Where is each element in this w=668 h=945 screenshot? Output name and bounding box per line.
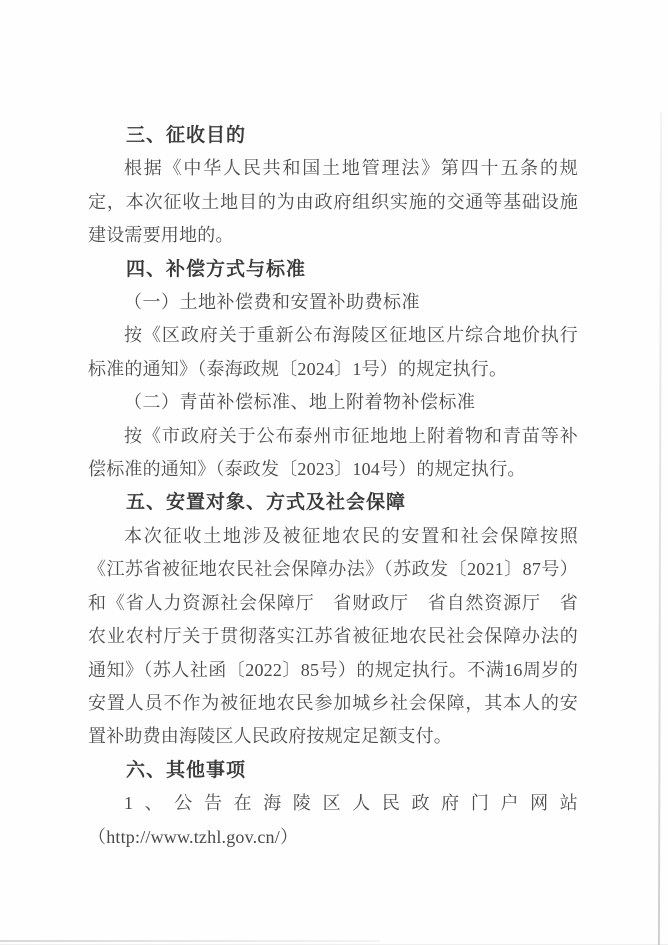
subheading-land-compensation: （一）土地补偿费和安置补助费标准 xyxy=(88,286,578,319)
subheading-crops-compensation: （二）青苗补偿标准、地上附着物补偿标准 xyxy=(88,386,578,419)
section-heading-6-other: 六、其他事项 xyxy=(88,754,578,787)
paragraph-announcement-website: 1、公告在海陵区人民政府门户网站（http://www.tzhl.gov.cn/… xyxy=(88,787,578,854)
scan-edge-right-artifact xyxy=(658,112,662,945)
section-heading-3-purpose: 三、征收目的 xyxy=(88,119,578,152)
paragraph-purpose: 根据《中华人民共和国土地管理法》第四十五条的规定，本次征收土地目的为由政府组织实… xyxy=(88,152,578,252)
section-heading-5-resettlement: 五、安置对象、方式及社会保障 xyxy=(88,486,578,519)
paragraph-crops-compensation: 按《市政府关于公布泰州市征地地上附着物和青苗等补偿标准的通知》（泰政发〔2023… xyxy=(88,420,578,487)
document-content: 三、征收目的 根据《中华人民共和国土地管理法》第四十五条的规定，本次征收土地目的… xyxy=(88,119,578,854)
paragraph-land-compensation: 按《区政府关于重新公布海陵区征地区片综合地价执行标准的通知》（泰海政规〔2024… xyxy=(88,319,578,386)
paragraph-resettlement: 本次征收土地涉及被征地农民的安置和社会保障按照《江苏省被征地农民社会保障办法》（… xyxy=(88,520,578,754)
scan-edge-bottom-artifact xyxy=(0,940,380,942)
section-heading-4-compensation: 四、补偿方式与标准 xyxy=(88,253,578,286)
scanned-document-page: 三、征收目的 根据《中华人民共和国土地管理法》第四十五条的规定，本次征收土地目的… xyxy=(0,0,668,945)
